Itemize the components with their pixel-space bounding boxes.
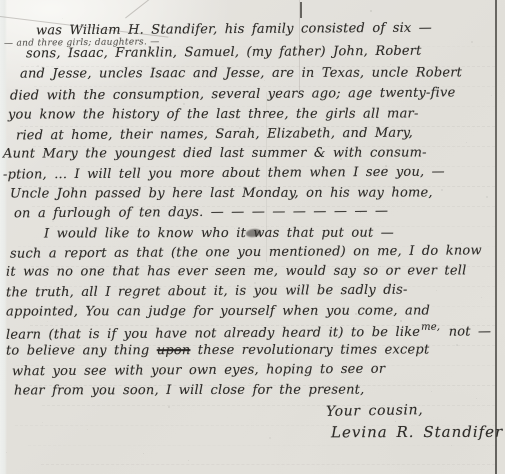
scan-speck bbox=[168, 406, 170, 408]
letter-line: I would like to know who it was that put… bbox=[44, 226, 394, 242]
scan-speck bbox=[183, 103, 185, 105]
scan-speck bbox=[259, 181, 260, 182]
scan-speck bbox=[6, 452, 7, 453]
inserted-word: me, bbox=[421, 322, 440, 333]
scan-speck bbox=[188, 460, 189, 461]
scan-speck bbox=[87, 429, 88, 430]
scan-speck bbox=[42, 422, 43, 423]
scan-speck bbox=[143, 453, 144, 454]
signature: Levina R. Standifer bbox=[331, 423, 503, 441]
scan-speck bbox=[47, 321, 48, 322]
letter-line-with-insertion: learn (that is if you have not already h… bbox=[6, 321, 491, 342]
scan-speck bbox=[193, 359, 194, 360]
ruled-line bbox=[28, 445, 495, 446]
scan-speck bbox=[436, 290, 437, 291]
fold-crease-tick bbox=[300, 2, 302, 18]
fold-crease bbox=[125, 0, 181, 18]
ruled-line bbox=[42, 405, 495, 406]
letter-line: the truth, all I regret about it, is you… bbox=[6, 283, 408, 301]
scan-speck bbox=[466, 142, 467, 143]
page-edge-line bbox=[495, 0, 497, 474]
letter-line: what you see with your own eyes, hoping … bbox=[12, 362, 385, 380]
line-text: these revolutionary times except bbox=[190, 342, 429, 358]
scan-speck bbox=[491, 95, 492, 96]
scan-speck bbox=[476, 398, 477, 399]
scanned-letter-page: was William H. Standifer, his family con… bbox=[0, 0, 505, 474]
scan-speck bbox=[481, 297, 482, 298]
line-text: not — bbox=[441, 324, 491, 339]
scan-left-edge bbox=[0, 0, 7, 474]
letter-line: hear from you soon, I will close for the… bbox=[14, 383, 364, 399]
scan-speck bbox=[62, 18, 63, 19]
letter-line: such a report as that (the one you menti… bbox=[10, 243, 482, 261]
letter-line: Aunt Mary the youngest died last summer … bbox=[3, 145, 427, 161]
scan-speck bbox=[441, 189, 443, 191]
line-text: to believe any thing bbox=[6, 343, 157, 358]
struck-word: upon bbox=[157, 343, 191, 358]
letter-line: on a furlough of ten days. — — — — — — —… bbox=[14, 204, 388, 222]
letter-line: sons, Isaac, Franklin, Samuel, (my fathe… bbox=[26, 44, 422, 62]
scan-speck bbox=[370, 10, 372, 12]
line-text: learn (that is if you have not already h… bbox=[6, 325, 420, 343]
letter-line-with-strikeout: to believe any thing upon these revoluti… bbox=[6, 342, 429, 358]
letter-line: was William H. Standifer, his family con… bbox=[36, 21, 432, 39]
letter-line: and Jesse, uncles Isaac and Jesse, are i… bbox=[20, 65, 462, 81]
scan-speck bbox=[486, 196, 488, 198]
scan-speck bbox=[451, 445, 452, 446]
scan-speck bbox=[395, 421, 396, 422]
letter-line: died with the consumption, several years… bbox=[10, 85, 456, 103]
scan-speck bbox=[456, 344, 458, 346]
ruled-line bbox=[41, 464, 495, 465]
letter-line: it was no one that has ever seen me, wou… bbox=[6, 263, 467, 279]
closing: Your cousin, bbox=[326, 402, 423, 420]
scan-speck bbox=[471, 41, 473, 43]
letter-line: you know the history of the last three, … bbox=[8, 106, 419, 122]
scan-speck bbox=[431, 391, 432, 392]
letter-line: Uncle John passed by here last Monday, o… bbox=[10, 185, 433, 201]
letter-line: -ption, ... I will tell you more about t… bbox=[3, 164, 445, 182]
letter-line: ried at home, their names, Sarah, Elizab… bbox=[16, 126, 413, 144]
letter-line: appointed, You can judge for yourself wh… bbox=[6, 303, 430, 319]
scan-speck bbox=[269, 437, 271, 439]
